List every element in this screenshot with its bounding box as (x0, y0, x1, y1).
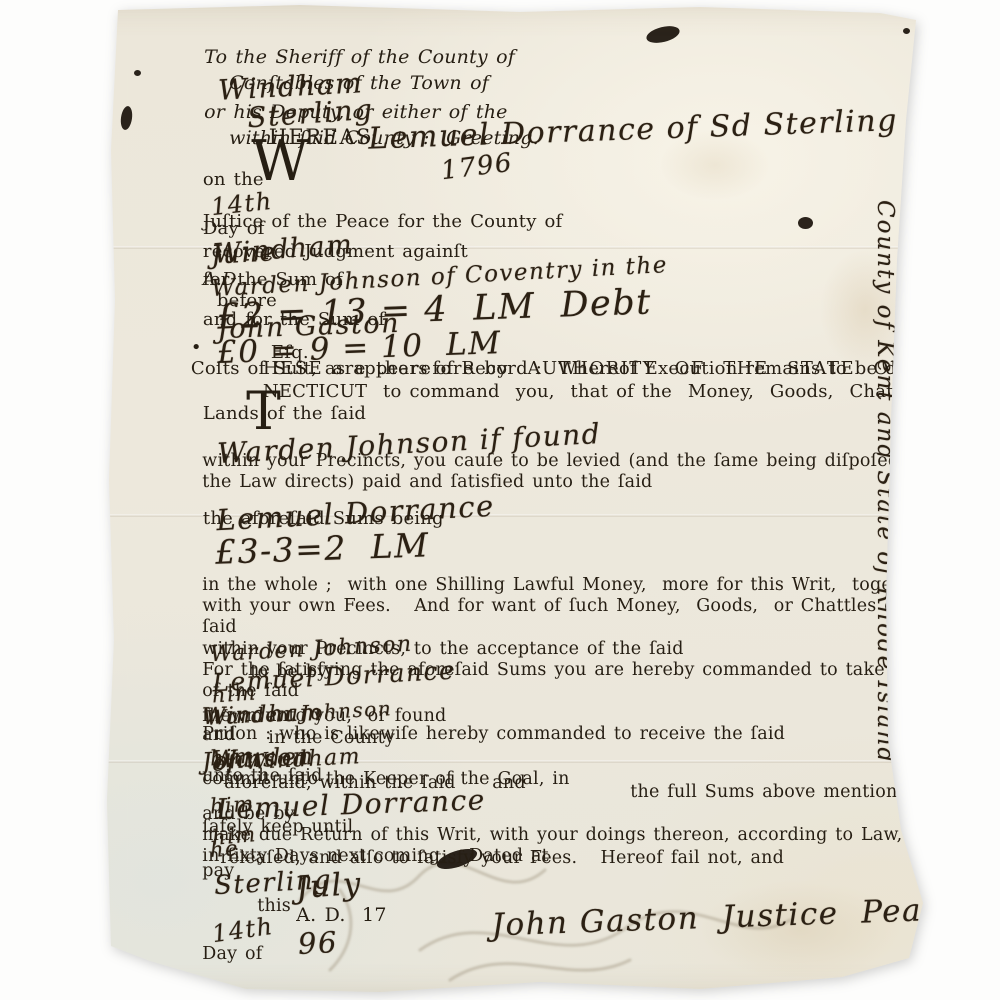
document-paper: To the Sheriff of the County of Windham … (0, 0, 1000, 1000)
scanned-document-photo: To the Sheriff of the County of Windham … (0, 0, 1000, 1000)
paper-edge-shading (0, 0, 1000, 1000)
